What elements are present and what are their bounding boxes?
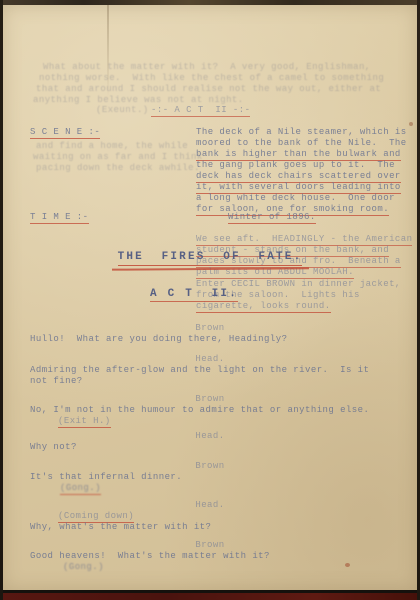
speaker-name: Head. — [3, 500, 417, 510]
stage-direction-line: cigarette, looks round. — [196, 301, 331, 311]
speaker-name: Head. — [3, 431, 417, 441]
inline-stage-direction: (Coming down) — [58, 511, 134, 521]
inline-stage-direction: (Exit H.) — [58, 416, 111, 426]
scene-description-line: The deck of a Nile steamer, which is — [196, 127, 407, 137]
dialogue-line: Why, what's the matter with it? — [30, 522, 211, 532]
dialogue-line: Hullo! What are you doing there, Heading… — [30, 334, 287, 344]
speaker-name: Brown — [3, 323, 417, 333]
dialogue-line: It's that infernal dinner. — [30, 472, 182, 482]
dialogue-line: not fine? — [30, 376, 83, 386]
speaker-name: Brown — [3, 394, 417, 404]
scene-label: S C E N E :- — [30, 127, 100, 137]
play-title: THE FIRES OF FATE. — [3, 252, 417, 262]
ghost-line: and find a home, the while — [36, 141, 188, 151]
act-header: -:- A C T II -:- — [151, 105, 250, 115]
ghost-line: What about the matter with it? A very go… — [43, 62, 371, 72]
frame-bottom-band — [0, 593, 420, 600]
scene-description-line: the gang plank goes up to it. The — [196, 160, 395, 170]
scene-description-line: bank is higher than the bulwark and — [196, 149, 401, 159]
dialogue-line: Good heavens! What's the matter with it? — [30, 551, 270, 561]
scene-description-line: deck has deck chairs scattered over — [196, 171, 401, 181]
inline-stage-direction: (Gong.) — [63, 562, 104, 572]
dialogue-line: No, I'm not in the humour to admire that… — [30, 405, 369, 415]
dialogue-line: Why not? — [30, 442, 77, 452]
scene-description-line: a long white deck house. One door — [196, 193, 395, 203]
speaker-name: Head. — [3, 354, 417, 364]
ghost-line: waiting on as far and I think — [33, 152, 203, 162]
paper-page: What about the matter with it? A very go… — [3, 5, 417, 590]
scene-description-line: moored to the bank of the Nile. The — [196, 138, 407, 148]
speaker-name: Brown — [3, 461, 417, 471]
ghost-line: that and around I should realise not the… — [36, 84, 381, 94]
ghost-line: anything I believe was not at night. — [33, 95, 244, 105]
time-label: T I M E :- — [30, 212, 89, 222]
script-page-scan: What about the matter with it? A very go… — [0, 0, 420, 600]
ghost-line: nothing worse. With like the chest of a … — [39, 73, 384, 83]
setting-line: We see aft. HEADINGLY - the American — [196, 234, 412, 244]
ghost-line: pacing down the deck awhile. — [36, 163, 200, 173]
speaker-name: Brown — [3, 540, 417, 550]
act-title: A C T II. — [0, 289, 401, 299]
time-value: Winter of 1896. — [228, 212, 316, 222]
scene-description-line: it, with several doors leading into — [196, 182, 401, 192]
typed-text-layer: What about the matter with it? A very go… — [3, 5, 417, 590]
inline-stage-direction: (Gong.) — [60, 483, 101, 493]
ghost-exeunt: (Exeunt.) — [96, 105, 149, 115]
dialogue-line: Admiring the after-glow and the light on… — [30, 365, 369, 375]
